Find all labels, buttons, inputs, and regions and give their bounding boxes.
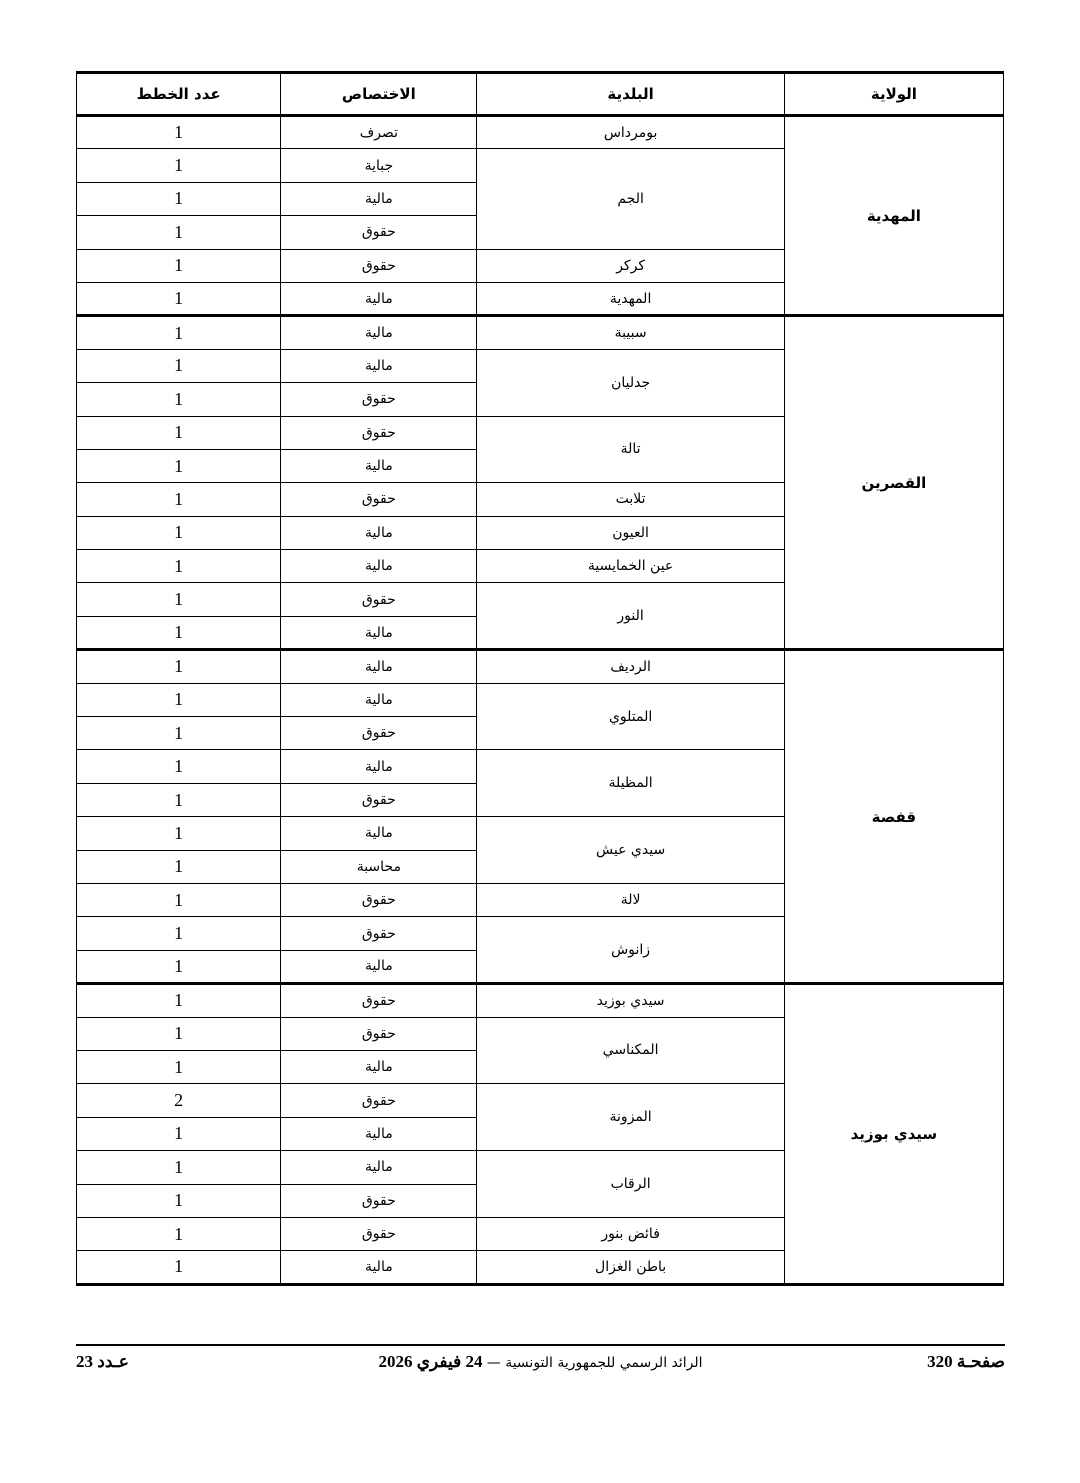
municipality-cell: المظيلة [477, 750, 784, 817]
count-cell: 1 [77, 483, 281, 516]
header-count: عدد الخطط [77, 73, 281, 116]
table-row: سيدي بوزيدسيدي بوزيدحقوق1 [77, 984, 1004, 1017]
count-cell: 1 [77, 216, 281, 249]
count-cell: 1 [77, 717, 281, 750]
count-cell: 1 [77, 416, 281, 449]
count-cell: 1 [77, 583, 281, 616]
count-cell: 1 [77, 249, 281, 282]
count-cell: 1 [77, 883, 281, 916]
table-header-row: الولاية البلدية الاختصاص عدد الخطط [77, 73, 1004, 116]
footer-page: صفحـة 320 [927, 1352, 1005, 1372]
municipality-cell: سيدي بوزيد [477, 984, 784, 1017]
count-cell: 1 [77, 683, 281, 716]
municipality-cell: العيون [477, 516, 784, 549]
count-cell: 1 [77, 349, 281, 382]
specialty-cell: حقوق [281, 1184, 477, 1217]
footer-issue: عـدد 23 [76, 1352, 129, 1372]
page-number: 320 [927, 1352, 953, 1371]
specialty-cell: حقوق [281, 1084, 477, 1117]
count-cell: 1 [77, 282, 281, 315]
table-row: قفصةالرديفمالية1 [77, 650, 1004, 683]
specialty-cell: حقوق [281, 1217, 477, 1250]
count-cell: 1 [77, 1184, 281, 1217]
footer-divider [76, 1344, 1005, 1346]
count-cell: 1 [77, 783, 281, 816]
municipality-cell: المزونة [477, 1084, 784, 1151]
issue-label: عـدد [97, 1352, 129, 1371]
count-cell: 1 [77, 449, 281, 482]
municipality-cell: المكناسي [477, 1017, 784, 1084]
specialty-cell: مالية [281, 550, 477, 583]
specialty-cell: حقوق [281, 249, 477, 282]
specialty-cell: مالية [281, 650, 477, 683]
municipality-cell: كركر [477, 249, 784, 282]
municipality-cell: جدليان [477, 349, 784, 416]
count-cell: 1 [77, 182, 281, 215]
specialty-cell: حقوق [281, 783, 477, 816]
municipality-cell: تالة [477, 416, 784, 483]
specialty-cell: مالية [281, 1050, 477, 1083]
specialty-cell: حقوق [281, 583, 477, 616]
table-row: القصرينسبيبةمالية1 [77, 316, 1004, 349]
count-cell: 1 [77, 550, 281, 583]
specialty-cell: محاسبة [281, 850, 477, 883]
municipality-cell: سبيبة [477, 316, 784, 349]
governorate-cell: المهدية [784, 116, 1003, 316]
table-row: المهديةبومرداستصرف1 [77, 116, 1004, 149]
count-cell: 1 [77, 1151, 281, 1184]
specialty-cell: مالية [281, 1117, 477, 1150]
count-cell: 2 [77, 1084, 281, 1117]
specialty-cell: تصرف [281, 116, 477, 149]
municipality-cell: تلابت [477, 483, 784, 516]
header-governorate: الولاية [784, 73, 1003, 116]
count-cell: 1 [77, 817, 281, 850]
count-cell: 1 [77, 1117, 281, 1150]
count-cell: 1 [77, 1017, 281, 1050]
page-label: صفحـة [957, 1352, 1005, 1371]
municipality-cell: المهدية [477, 282, 784, 315]
count-cell: 1 [77, 984, 281, 1017]
specialty-cell: حقوق [281, 416, 477, 449]
municipality-cell: سيدي عيش [477, 817, 784, 884]
publication-name: الرائد الرسمي للجمهورية التونسية — [487, 1355, 703, 1371]
count-cell: 1 [77, 1217, 281, 1250]
municipality-cell: عين الخمايسية [477, 550, 784, 583]
count-cell: 1 [77, 516, 281, 549]
count-cell: 1 [77, 149, 281, 182]
count-cell: 1 [77, 116, 281, 149]
specialty-cell: مالية [281, 182, 477, 215]
specialty-cell: حقوق [281, 984, 477, 1017]
municipality-cell: لالة [477, 883, 784, 916]
municipality-cell: المتلوي [477, 683, 784, 750]
specialty-cell: مالية [281, 282, 477, 315]
specialty-cell: حقوق [281, 383, 477, 416]
specialty-cell: حقوق [281, 883, 477, 916]
specialty-cell: مالية [281, 349, 477, 382]
specialty-cell: مالية [281, 750, 477, 783]
specialty-cell: مالية [281, 316, 477, 349]
municipality-cell: باطن الغزال [477, 1251, 784, 1284]
specialty-cell: مالية [281, 1251, 477, 1284]
specialty-cell: حقوق [281, 216, 477, 249]
footer-publication: الرائد الرسمي للجمهورية التونسية — 24 في… [378, 1352, 702, 1372]
specialty-cell: مالية [281, 683, 477, 716]
specialty-cell: جباية [281, 149, 477, 182]
specialty-cell: حقوق [281, 1017, 477, 1050]
count-cell: 1 [77, 850, 281, 883]
municipality-cell: بومرداس [477, 116, 784, 149]
specialty-cell: مالية [281, 516, 477, 549]
governorate-cell: القصرين [784, 316, 1003, 650]
specialty-cell: حقوق [281, 917, 477, 950]
specialty-cell: مالية [281, 616, 477, 649]
specialty-cell: مالية [281, 950, 477, 983]
count-cell: 1 [77, 950, 281, 983]
municipality-cell: زانوش [477, 917, 784, 984]
header-municipality: البلدية [477, 73, 784, 116]
count-cell: 1 [77, 616, 281, 649]
publication-date: 24 فيفري 2026 [378, 1352, 482, 1371]
recruitment-plans-table: الولاية البلدية الاختصاص عدد الخطط المهد… [76, 71, 1004, 1286]
header-specialty: الاختصاص [281, 73, 477, 116]
count-cell: 1 [77, 1050, 281, 1083]
count-cell: 1 [77, 1251, 281, 1284]
count-cell: 1 [77, 316, 281, 349]
count-cell: 1 [77, 383, 281, 416]
count-cell: 1 [77, 917, 281, 950]
count-cell: 1 [77, 650, 281, 683]
municipality-cell: الرقاب [477, 1151, 784, 1218]
specialty-cell: حقوق [281, 717, 477, 750]
municipality-cell: النور [477, 583, 784, 650]
governorate-cell: سيدي بوزيد [784, 984, 1003, 1285]
specialty-cell: حقوق [281, 483, 477, 516]
municipality-cell: الجم [477, 149, 784, 249]
specialty-cell: مالية [281, 817, 477, 850]
specialty-cell: مالية [281, 449, 477, 482]
specialty-cell: مالية [281, 1151, 477, 1184]
page-footer: صفحـة 320 الرائد الرسمي للجمهورية التونس… [76, 1352, 1005, 1378]
governorate-cell: قفصة [784, 650, 1003, 984]
municipality-cell: فائض بنور [477, 1217, 784, 1250]
municipality-cell: الرديف [477, 650, 784, 683]
issue-number: 23 [76, 1352, 93, 1371]
count-cell: 1 [77, 750, 281, 783]
table-body: المهديةبومرداستصرف1الجمجباية1مالية1حقوق1… [77, 116, 1004, 1285]
